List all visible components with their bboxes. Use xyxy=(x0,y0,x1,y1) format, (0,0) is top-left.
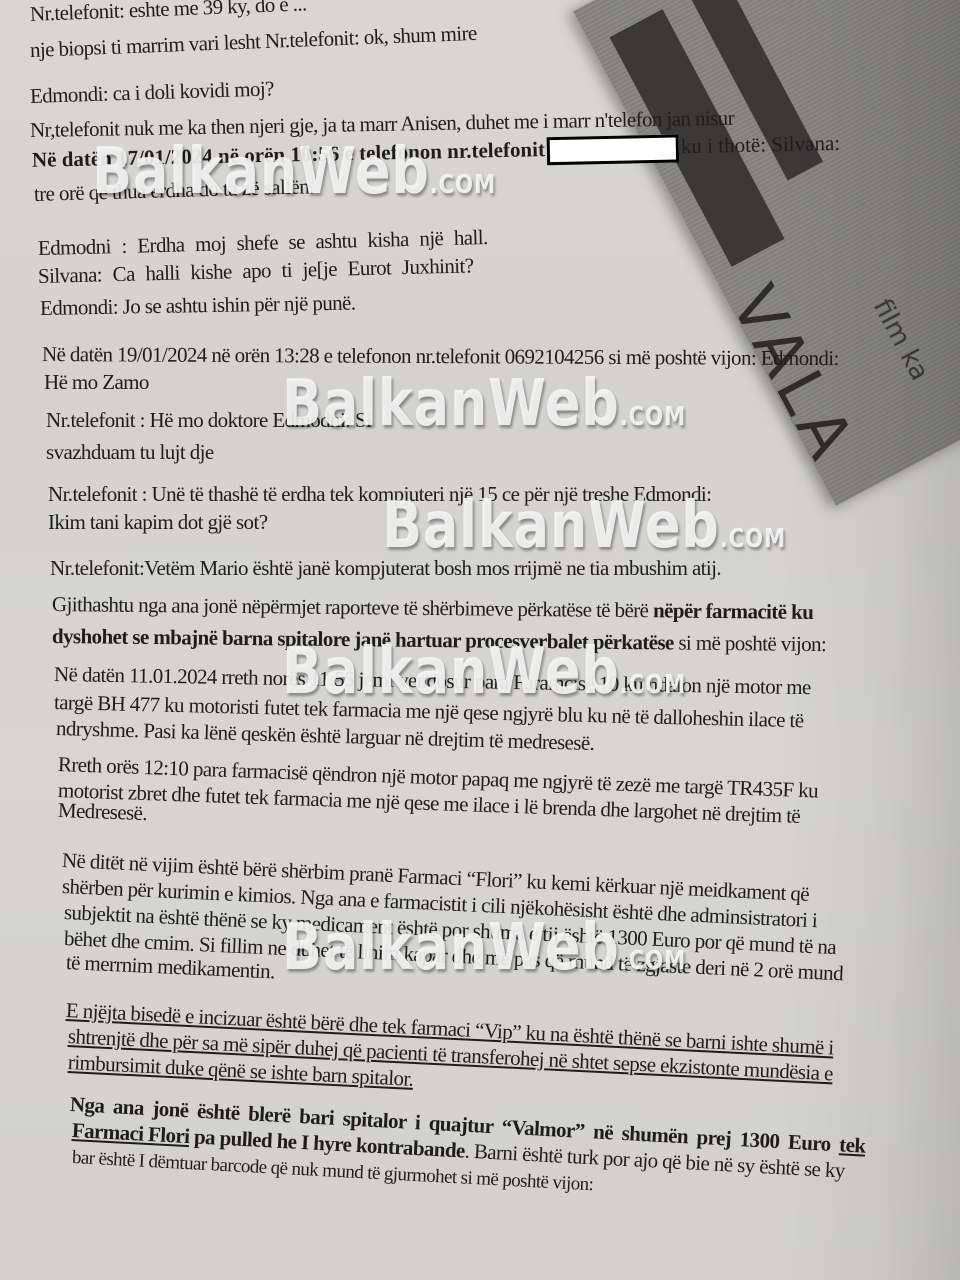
watermark-suffix: .COM xyxy=(620,402,686,432)
text-segment: si më poshtë vijon: xyxy=(674,631,827,657)
watermark-text: BalkanWeb xyxy=(282,635,620,709)
text-line: Edmondi: Jo se ashtu ishin për një punë. xyxy=(40,292,356,319)
cover-subtitle: film ka xyxy=(867,294,935,386)
watermark: BalkanWeb.COM xyxy=(282,916,686,980)
watermark-text: BalkanWeb xyxy=(282,367,620,441)
watermark: BalkanWeb.COM xyxy=(92,140,496,204)
text-segment: tek xyxy=(839,1132,866,1157)
watermark: BalkanWeb.COM xyxy=(282,372,686,436)
text-line: Në datën 19/01/2024 në orën 13:28 e tele… xyxy=(42,344,839,369)
watermark-suffix: .COM xyxy=(430,170,496,200)
watermark-text: BalkanWeb xyxy=(382,489,720,563)
text-segment: nëpër farmacitë ku xyxy=(653,598,814,624)
watermark-suffix: .COM xyxy=(620,946,686,976)
watermark-suffix: .COM xyxy=(720,524,786,554)
text-line: Medresesë. xyxy=(58,800,148,824)
text-segment: ku i thotë: Silvana: xyxy=(681,131,841,158)
redaction-box xyxy=(547,134,680,165)
watermark: BalkanWeb.COM xyxy=(282,640,686,704)
watermark-suffix: .COM xyxy=(620,670,686,700)
watermark-text: BalkanWeb xyxy=(92,135,430,209)
watermark: BalkanWeb.COM xyxy=(382,494,786,558)
watermark-text: BalkanWeb xyxy=(282,911,620,985)
text-line: Hë mo Zamo xyxy=(44,372,149,393)
text-line: svazhduam tu lujt dje xyxy=(46,442,214,463)
text-line: Ikim tani kapim dot gjë sot? xyxy=(48,512,267,533)
